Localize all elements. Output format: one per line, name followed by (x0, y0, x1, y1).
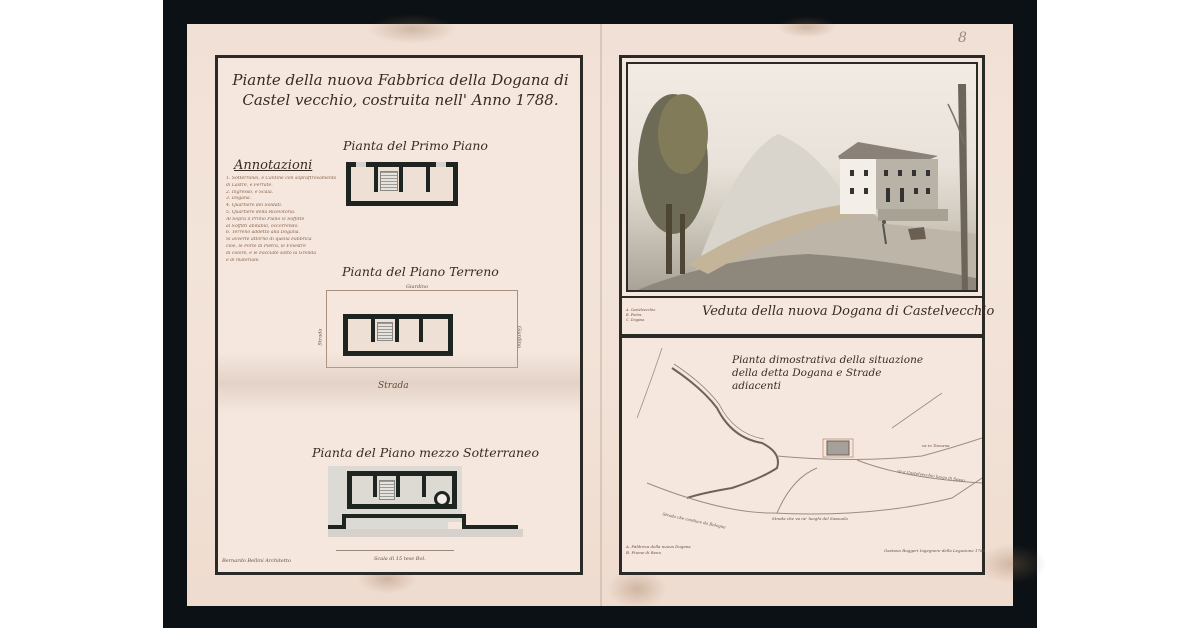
first-floor-plan (346, 162, 458, 206)
annotation-item: 6. Terreno addetto alla Dogana. (226, 230, 336, 237)
view-legend-b: B. Pietra (626, 313, 642, 317)
road-label: Strada (378, 381, 409, 391)
basement-title: Pianta del Piano mezzo Sotterraneo (312, 445, 539, 460)
garden-label-top: Giardino (406, 284, 428, 290)
annotation-item: 5. Quartiere della Ricevitoria. (226, 210, 336, 217)
view-legend-c: C. Dogana (626, 318, 644, 322)
landscape-painting (626, 62, 978, 292)
annotation-item: ai Soffitti abitabili, occorrendo. (226, 224, 336, 231)
map-signature: Gaetano Ruggeri Ingegnere della Legazion… (884, 548, 985, 553)
ground-floor-plan (343, 314, 453, 356)
scale-bar (336, 550, 454, 551)
annotation-item: 4. Quartiere dei Soldati. (226, 203, 336, 210)
scale-label: Scala di 15 tese Bol. (374, 556, 426, 562)
landscape-illustration (628, 64, 978, 292)
annotations-list: 1. Sotterranei, e Cantine con sopraftrov… (226, 176, 336, 264)
page-number-marker: 8 (958, 30, 967, 46)
annotation-item: 1. Sotterranei, e Cantine con sopraftrov… (226, 176, 336, 183)
basement-plan (328, 466, 518, 536)
annotation-item: Si avverte attorno di quella Fabbrica (226, 237, 336, 244)
ground-floor-title: Pianta del Piano Terreno (342, 264, 499, 279)
site-map-drawing (622, 338, 982, 572)
annotation-item: cioè, le Porte di Pietra, le Finestre (226, 244, 336, 251)
annotation-item: Al Sopra il Primo Piano vi Soffitte (226, 217, 336, 224)
annotation-item: è di materiale. (226, 258, 336, 265)
road-label-sassuolo: Strada che va ne' luoghi del Sassuolo (772, 516, 848, 521)
garden-label-right: Giardino (516, 326, 522, 348)
floor-plans-panel: Piante della nuova Fabbrica della Dogana… (215, 55, 583, 575)
first-floor-title: Pianta del Primo Piano (343, 138, 488, 153)
architect-signature: Bernardo Bellini Architetto (222, 558, 291, 564)
center-fold (600, 24, 602, 606)
annotation-item: 3. Dogana. (226, 196, 336, 203)
road-label-toscana: va in Toscana (922, 443, 949, 448)
sheet-title: Piante della nuova Fabbrica della Dogana… (228, 70, 573, 110)
caption-area: Veduta della nuova Dogana di Castelvecch… (622, 296, 982, 336)
annotation-item: di Lastre, e Ferrate. (226, 183, 336, 190)
view-panel: Veduta della nuova Dogana di Castelvecch… (619, 55, 985, 337)
site-map-panel: Pianta dimostrativa della situazione del… (619, 335, 985, 575)
view-legend-a: A. Castelvecchio (626, 308, 655, 312)
road-label-left: Strada (318, 329, 324, 346)
view-caption: Veduta della nuova Dogana di Castelvecch… (702, 304, 994, 319)
annotation-item: 2. Ingresso, e Scala. (226, 190, 336, 197)
annotations-heading: Annotazioni (234, 158, 312, 173)
map-legend-a: A. Fabbrica della nuova Dogana (626, 544, 691, 549)
annotation-item: di colore, e le Facciate sotto la Gronda (226, 251, 336, 258)
map-legend-b: B. Fiume di Reno (626, 550, 661, 555)
